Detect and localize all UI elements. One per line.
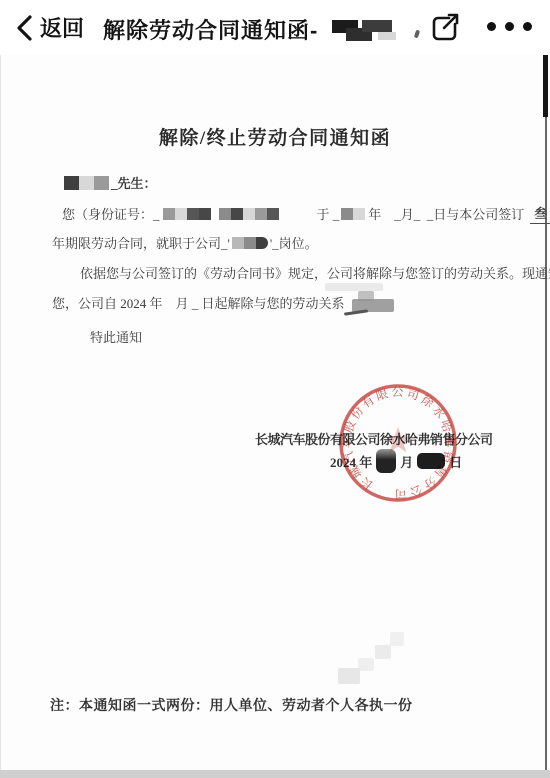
photo-edge: [0, 55, 1, 770]
redacted-filename: [332, 14, 412, 44]
smudge-artifact: [375, 645, 391, 659]
smudge-artifact: [390, 632, 404, 646]
salutation-line: _先生：: [64, 173, 157, 192]
company-seal-stamp: 长城汽车股份有限公司徐水哈弗销售分公司: [336, 381, 460, 505]
closing-line: 特此通知: [90, 327, 142, 346]
back-button[interactable]: 返回: [14, 12, 84, 43]
photo-edge: [0, 770, 550, 778]
date-prefix-text: 于 _: [317, 204, 340, 223]
seal-star-icon: [385, 427, 412, 452]
smudge-artifact: [344, 309, 368, 315]
closing-text: 特此通知: [90, 327, 142, 346]
redacted-name: [64, 176, 109, 190]
body-line-3: 依据您与公司签订的《劳动合同书》规定，公司将解除与您签订的劳动关系。现通知: [80, 263, 550, 282]
back-label: 返回: [40, 12, 84, 43]
more-options-icon[interactable]: [487, 22, 532, 31]
body-line-2: 年期限劳动合同，就职于公司_' '_岗位。: [52, 233, 318, 252]
body-line-1: 您（身份证号：_ 于 _ 年 _月_ _日与本公司签订 叁: [62, 203, 550, 224]
document-photo: 解除/终止劳动合同通知函 _先生： 您（身份证号：_ 于 _ 年 _月_ _日与…: [0, 55, 550, 778]
contract-term-number: 叁: [530, 203, 550, 224]
redacted-id-part2: [219, 208, 279, 220]
termination-clause-text: 依据您与公司签订的《劳动合同书》规定，公司将解除与您签订的劳动关系。现通知: [80, 263, 550, 282]
position-prefix-text: 年期限劳动合同，就职于公司_': [52, 233, 230, 252]
share-icon[interactable]: [428, 11, 462, 50]
photo-edge: [543, 55, 548, 117]
footnote: 注：本通知函一式两份：用人单位、劳动者个人各执一份: [50, 695, 413, 715]
body-line-4: 您，公司自 2024 年 月 _ 日起解除与您的劳动关 系: [52, 293, 345, 312]
smudged-character: 系: [332, 293, 345, 312]
redacted-year: [341, 208, 365, 220]
redaction-artifact: [414, 30, 420, 39]
position-suffix-text: '_岗位。: [270, 233, 318, 252]
redacted-position: [232, 237, 268, 249]
photo-edge: [545, 117, 547, 770]
blur-artifact: [325, 283, 383, 291]
document-title: 解除/终止劳动合同通知函: [0, 123, 550, 150]
document-viewer-screen: 返回 解除劳动合同通知函- 解除/终止劳动合同通知函 _先生：: [0, 0, 550, 778]
contract-sign-text: 年 _月_ _日与本公司签订: [368, 204, 524, 223]
smudge-artifact: [358, 658, 374, 671]
redacted-id-part1: [163, 208, 211, 220]
navbar: 返回 解除劳动合同通知函-: [0, 0, 550, 56]
smudge-artifact: [338, 668, 360, 684]
nav-document-title: 解除劳动合同通知函-: [103, 14, 318, 45]
id-label-text: 您（身份证号：_: [62, 204, 160, 223]
back-chevron-icon: [14, 13, 36, 43]
salutation-text: _先生：: [111, 173, 157, 192]
termination-date-text: 您，公司自 2024 年 月 _ 日起解除与您的劳动关: [52, 293, 332, 312]
